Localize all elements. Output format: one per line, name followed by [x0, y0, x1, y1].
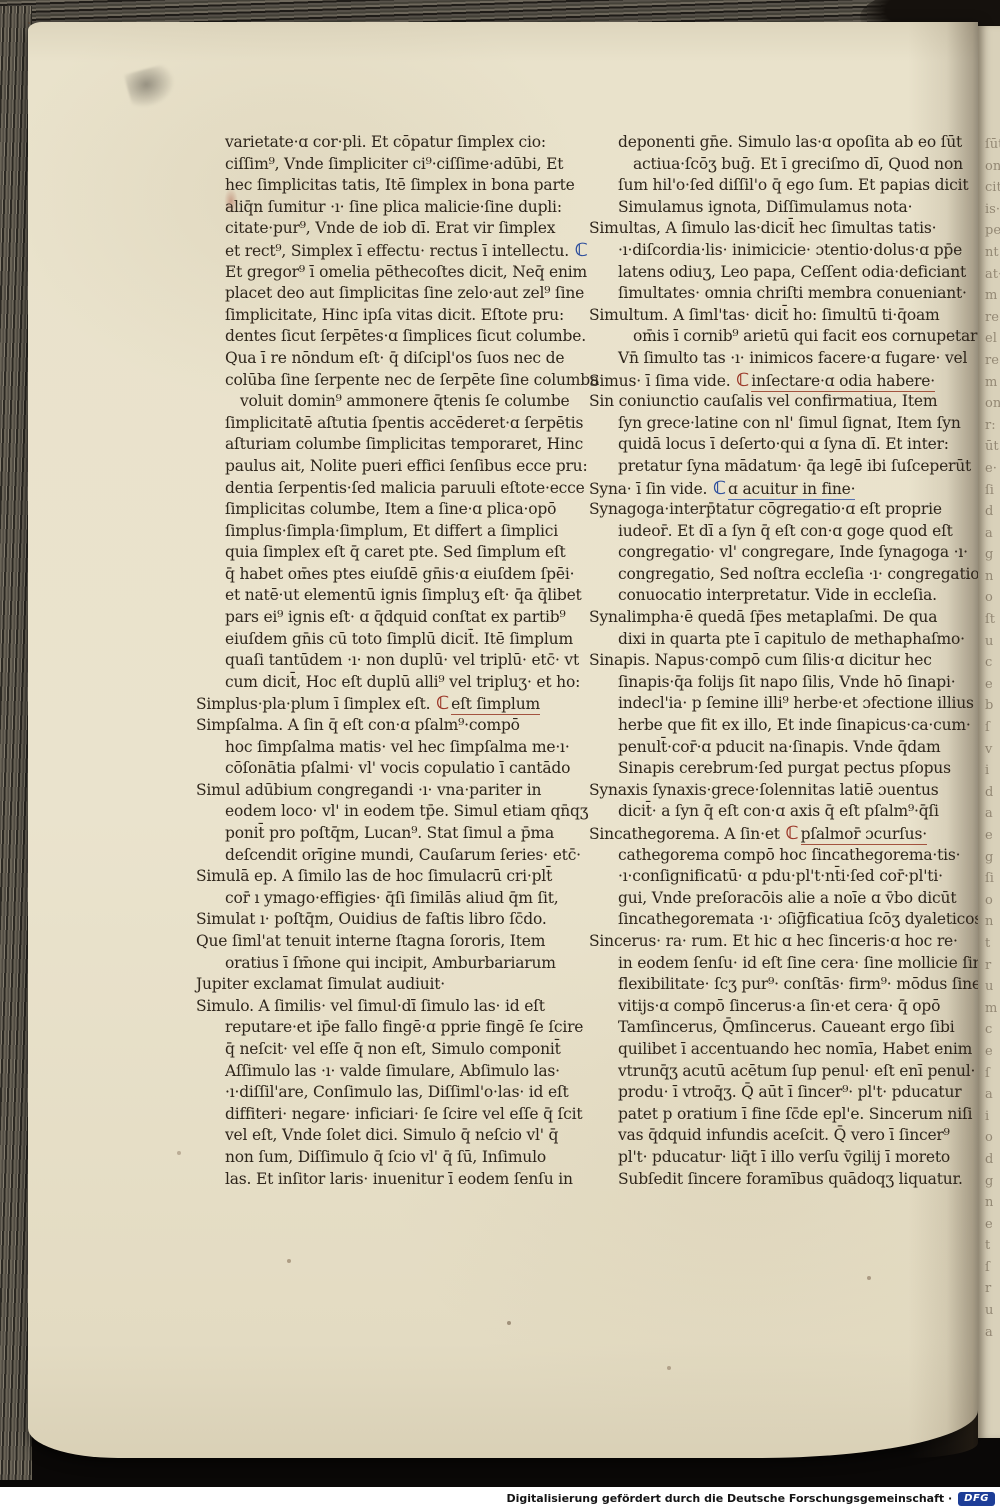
- ghost-glyph: i: [985, 1106, 1000, 1128]
- ghost-glyph: n: [985, 566, 1000, 588]
- ghost-glyph: a: [985, 523, 1000, 545]
- text-line: dentes ſicut ſerpētes·ɑ ſimplices ſicut …: [225, 326, 552, 348]
- text-segment: pl't· pducatur· liq̄t ī illo verſu v̄gil…: [618, 1148, 950, 1166]
- text-line: reputare·et ip̄e fallo fingē·ɑ pprie fin…: [225, 1017, 552, 1039]
- text-line: penult̄·cor̄·ɑ pducit na·ſinapis. Vnde q…: [618, 737, 935, 759]
- rubricated-segment: ℂ: [436, 693, 449, 714]
- text-line: vitijs·ɑ compō ſincerus·a ſin·et cera· q…: [618, 996, 935, 1018]
- text-line: Subſedit ſincere foramībus quādoqʒ liqua…: [618, 1169, 935, 1191]
- ghost-glyph: u: [985, 631, 1000, 653]
- ghost-glyph: on: [985, 156, 1000, 178]
- ghost-glyph: ſ: [985, 1063, 1000, 1085]
- text-line: pl't· pducatur· liq̄t ī illo verſu v̄gil…: [618, 1147, 935, 1169]
- ghost-glyph: n: [985, 1192, 1000, 1214]
- text-segment: ſincathegoremata ·ı· ɔſiḡficatiua ſcōʒ d…: [618, 910, 982, 928]
- ghost-glyph: c: [985, 1019, 1000, 1041]
- text-segment: hec ſimplicitas tatis, Itē ſimplex in bo…: [225, 176, 575, 194]
- ghost-glyph: e·: [985, 458, 1000, 480]
- text-line: congregatio· vl' congregare, Inde ſynago…: [618, 542, 935, 564]
- text-segment: q̄ habet om̄es ptes eiuſdē gn̄is·ɑ eiuſd…: [225, 565, 574, 583]
- text-line: herbe que fit ex illo, Et inde ſinapicus…: [618, 715, 935, 737]
- text-line: Qua ī re nōndum eſt· q̄ diſcipl'os ſuos …: [225, 348, 552, 370]
- text-line: om̄is ī cornib⁹ arietū qui facit eos cor…: [633, 326, 935, 348]
- text-line: voluit domin⁹ ammonere q̄tenis ſe columb…: [240, 391, 552, 413]
- text-line: ſimplicitas columbe, Item a ſine·ɑ plica…: [225, 499, 552, 521]
- text-segment: quia ſimplex eſt q̄ caret pte. Sed ſimpl…: [225, 543, 566, 561]
- ghost-glyph: nt: [985, 242, 1000, 264]
- text-segment: Sin coniunctio cauſalis vel confirmatiua…: [589, 392, 937, 410]
- text-segment: pretatur ſyna mādatum· q̄a legē ibi ſuſc…: [618, 457, 971, 475]
- text-segment: citate·pur⁹, Vnde de iob dī. Erat vir ſi…: [225, 219, 555, 237]
- text-line: Simulo. A ſimilis· vel ſimul·dī ſimulo l…: [196, 996, 552, 1018]
- text-segment: vel eſt, Vnde ſolet dici. Simulo q̄ neſc…: [225, 1126, 558, 1144]
- text-segment: ſum hil'o·ſed diſſil'o q̄ ego ſum. Et pa…: [618, 176, 968, 194]
- rubricated-segment: pſalmor̄ ɔcurſus·: [801, 825, 927, 845]
- ghost-glyph: v: [985, 739, 1000, 761]
- text-segment: quaſi tantūdem ·ı· non duplū· vel triplū…: [225, 651, 579, 669]
- ghost-glyph: re·: [985, 350, 1000, 372]
- text-segment: vtrunq̄ʒ acutū acētum ſup penul· eſt enī…: [618, 1062, 975, 1080]
- text-segment: indecl'ia· p ſemine illi⁹ herbe·et ɔfect…: [618, 694, 974, 712]
- text-segment: cōſonātia pſalmi· vl' vocis copulatio ī …: [225, 759, 570, 777]
- rubricated-segment: inſectare·ɑ odia habere·: [751, 372, 935, 392]
- text-segment: Simulamus ignota, Diſſimulamus nota·: [618, 198, 912, 216]
- text-line: Sinapis. Napus·compō cum ſilis·ɑ dicitur…: [589, 650, 935, 672]
- text-segment: Simus· ī ſima vide.: [589, 372, 735, 390]
- text-segment: oratius ī ſm̄one qui incipit, Amburbaria…: [225, 954, 556, 972]
- text-segment: ſimplicitas columbe, Item a ſine·ɑ plica…: [225, 500, 556, 518]
- text-segment: Simultas, A ſimulo las·dicit̄ hec ſimult…: [589, 219, 936, 237]
- text-line: cōſonātia pſalmi· vl' vocis copulatio ī …: [225, 758, 552, 780]
- text-line: eodem loco· vl' in eodem tp̄e. Simul eti…: [225, 801, 552, 823]
- text-line: ſimplus·ſimpla·ſimplum, Et differt a ſim…: [225, 521, 552, 543]
- ghost-glyph: ſi: [985, 480, 1000, 502]
- text-line: Simul adūbium congregandi ·ı· vna·parite…: [196, 780, 552, 802]
- text-line: ſincathegoremata ·ı· ɔſiḡficatiua ſcōʒ d…: [618, 909, 935, 931]
- ghost-glyph: g: [985, 847, 1000, 869]
- ghost-glyph: r: [985, 1278, 1000, 1300]
- text-segment: Simultum. A ſiml'tas· dicit̄ ho: ſimultū…: [589, 306, 940, 324]
- text-segment: congregatio, Sed noſtra eccleſia ·ı· con…: [618, 565, 979, 583]
- digitization-credit-bar: Digitalisierung gefördert durch die Deut…: [0, 1487, 1000, 1510]
- text-line: Que ſiml'at tenuit interne ſtagna ſorori…: [196, 931, 552, 953]
- text-segment: dentia ſerpentis·ſed malicia paruuli eſt…: [225, 479, 585, 497]
- text-line: iudeor̄. Et dī a ſyn q̄ eſt con·ɑ goge q…: [618, 521, 935, 543]
- text-segment: las. Et inſitor laris· inuenitur ī eodem…: [225, 1170, 573, 1188]
- text-line: flexibilitate· ſcʒ pur⁹· conſtās· firm⁹·…: [618, 974, 935, 996]
- text-segment: conuocatio interpretatur. Vide in eccleſ…: [618, 586, 937, 604]
- ghost-glyph: g: [985, 1171, 1000, 1193]
- text-segment: congregatio· vl' congregare, Inde ſynago…: [618, 543, 968, 561]
- text-line: ſimultates· omnia chriſti membra conueni…: [618, 283, 935, 305]
- text-segment: Et gregor⁹ ī omelia pēthecoſtes dicit, N…: [225, 263, 587, 281]
- text-line: hoc ſimpſalma matis· vel hec ſimpſalma m…: [225, 737, 552, 759]
- text-line: Sinapis cerebrum·ſed purgat pectus pſopu…: [618, 758, 935, 780]
- text-segment: cum dicit̄, Hoc eſt duplū alli⁹ vel trip…: [225, 673, 580, 691]
- text-segment: aſturiam columbe ſimplicitas temporaret,…: [225, 435, 583, 453]
- text-segment: placet deo aut ſimplicitas ſine zelo·aut…: [225, 284, 584, 302]
- text-line: q̄ neſcit· vel eſſe q̄ non eſt, Simulo c…: [225, 1039, 552, 1061]
- text-segment: herbe que fit ex illo, Et inde ſinapicus…: [618, 716, 971, 734]
- text-segment: ſimplicitatē aſtutia ſpentis accēderet·ɑ…: [225, 414, 583, 432]
- text-line: aliq̄n ſumitur ·ı· ſine plica malicie·ſi…: [225, 197, 552, 219]
- ghost-glyph: u: [985, 976, 1000, 998]
- scanned-book-photo: varietate·ɑ cor·pli. Et cōpatur ſimplex …: [0, 0, 1000, 1510]
- text-line: oratius ī ſm̄one qui incipit, Amburbaria…: [225, 953, 552, 975]
- text-line: Simultum. A ſiml'tas· dicit̄ ho: ſimultū…: [589, 305, 935, 327]
- text-segment: Simpſalma. A ſin q̄ eſt con·ɑ pſalm⁹·com…: [196, 716, 520, 734]
- text-line: conuocatio interpretatur. Vide in eccleſ…: [618, 585, 935, 607]
- text-line: quilibet ī accentuando hec nomīa, Habet …: [618, 1039, 935, 1061]
- ghost-glyph: t: [985, 1235, 1000, 1257]
- text-segment: Synaxis ſynaxis·grece·ſolennitas latiē ɔ…: [589, 781, 939, 799]
- parchment-specks: [28, 22, 30, 24]
- text-line: varietate·ɑ cor·pli. Et cōpatur ſimplex …: [225, 132, 552, 154]
- text-line: Simulā ep. A ſimilo las de hoc ſimulacrū…: [196, 866, 552, 888]
- text-segment: paulus ait, Nolite pueri effici ſenſibus…: [225, 457, 587, 475]
- ghost-glyph: on: [985, 393, 1000, 415]
- text-column-right: deponenti gn̄e. Simulo las·ɑ opoſita ab …: [589, 132, 935, 1190]
- dfg-logo: DFG: [958, 1492, 995, 1506]
- text-segment: dicit̄· a ſyn q̄ eſt con·ɑ axis q̄ eſt p…: [618, 802, 939, 820]
- text-line: ciſſim⁹, Vnde ſimpliciter ci⁹·ciſſime·ad…: [225, 154, 552, 176]
- ghost-glyph: u: [985, 1300, 1000, 1322]
- ghost-glyph: ſi: [985, 868, 1000, 890]
- text-line: non ſum, Diſſimulo q̄ ſcio vl' q̄ ſū, In…: [225, 1147, 552, 1169]
- ghost-glyph: b: [985, 695, 1000, 717]
- ghost-glyph: m: [985, 285, 1000, 307]
- ghost-glyph: e: [985, 825, 1000, 847]
- text-segment: diffiteri· negare· inficiari· ſe ſcire v…: [225, 1105, 582, 1123]
- text-line: deponenti gn̄e. Simulo las·ɑ opoſita ab …: [618, 132, 935, 154]
- text-line: colūba ſine ſerpente nec de ſerpēte ſine…: [225, 370, 552, 392]
- ghost-glyph: ſ: [985, 1257, 1000, 1279]
- text-line: quidā locus ī deſerto·qui ɑ ſyna dī. Et …: [618, 434, 935, 456]
- text-segment: dixi in quarta pte ī capitulo de methaph…: [618, 630, 965, 648]
- ghost-glyph: t: [985, 933, 1000, 955]
- text-segment: Simplus·pla·plum ī ſimplex eſt.: [196, 695, 435, 713]
- text-line: Vn̄ ſimulto tas ·ı· inimicos facere·ɑ fu…: [618, 348, 935, 370]
- text-line: ſimplicitate, Hinc ipſa vitas dicit. Eſt…: [225, 305, 552, 327]
- text-segment: ſimplus·ſimpla·ſimplum, Et differt a ſim…: [225, 522, 558, 540]
- text-line: latens odiuʒ, Leo papa, Ceſſent odia·def…: [618, 262, 935, 284]
- text-segment: ſinapis·q̄a folijs ſit napo ſilis, Vnde …: [618, 673, 955, 691]
- show-through-text: ſūtoncitis·pentat·mreelre·monr:ūte·ſidag…: [978, 26, 1000, 1343]
- ghost-glyph: m: [985, 372, 1000, 394]
- text-line: pretatur ſyna mādatum· q̄a legē ibi ſuſc…: [618, 456, 935, 478]
- text-line: Syna· ī ſin vide. ℂɑ acuitur in fine·: [589, 478, 935, 500]
- credit-text: Digitalisierung gefördert durch die Deut…: [506, 1492, 952, 1505]
- text-segment: vitijs·ɑ compō ſincerus·a ſin·et cera· q…: [618, 997, 940, 1015]
- ghost-glyph: r: [985, 955, 1000, 977]
- text-segment: q̄ neſcit· vel eſſe q̄ non eſt, Simulo c…: [225, 1040, 561, 1058]
- text-line: Simplus·pla·plum ī ſimplex eſt. ℂeſt ſim…: [196, 693, 552, 715]
- text-segment: quilibet ī accentuando hec nomīa, Habet …: [618, 1040, 972, 1058]
- text-segment: voluit domin⁹ ammonere q̄tenis ſe columb…: [240, 392, 570, 410]
- text-segment: ·ı·conſignificatū· ɑ pdu·pl't·nt̄i·ſed c…: [618, 867, 943, 885]
- text-line: cor̄ ı ymago·effigies· q̄ſi ſimilās aliu…: [225, 888, 552, 910]
- ghost-glyph: c: [985, 652, 1000, 674]
- text-segment: aliq̄n ſumitur ·ı· ſine plica malicie·ſi…: [225, 198, 562, 216]
- text-segment: varietate·ɑ cor·pli. Et cōpatur ſimplex …: [225, 133, 546, 151]
- ghost-glyph: r:: [985, 415, 1000, 437]
- text-line: Jupiter exclamat ſimulat audiuit·: [196, 974, 552, 996]
- text-segment: deponenti gn̄e. Simulo las·ɑ opoſita ab …: [618, 133, 962, 151]
- ghost-glyph: e: [985, 674, 1000, 696]
- ghost-glyph: i: [985, 760, 1000, 782]
- text-segment: produ· ī vtroq̄ʒ. Q̄ aūt ī ſincer⁹· pl't…: [618, 1083, 961, 1101]
- text-segment: vas q̄dquid infundis aceſcit. Q̄ vero ī …: [618, 1126, 950, 1144]
- text-line: Synaxis ſynaxis·grece·ſolennitas latiē ɔ…: [589, 780, 935, 802]
- text-line: Simulamus ignota, Diſſimulamus nota·: [618, 197, 935, 219]
- ghost-glyph: m: [985, 998, 1000, 1020]
- text-segment: cathegorema compō hoc ſincathegorema·tis…: [618, 846, 960, 864]
- rubricated-segment: ɑ acuitur in fine·: [728, 480, 855, 500]
- ghost-glyph: a: [985, 1322, 1000, 1344]
- ghost-glyph: o: [985, 587, 1000, 609]
- ghost-glyph: is·: [985, 199, 1000, 221]
- text-line: Sin coniunctio cauſalis vel confirmatiua…: [589, 391, 935, 413]
- text-line: paulus ait, Nolite pueri effici ſenſibus…: [225, 456, 552, 478]
- text-segment: et natē·ut elementū ignis ſimpluʒ eſt· q…: [225, 586, 582, 604]
- text-segment: eodem loco· vl' in eodem tp̄e. Simul eti…: [225, 802, 588, 820]
- text-segment: dentes ſicut ſerpētes·ɑ ſimplices ſicut …: [225, 327, 586, 345]
- text-segment: ciſſim⁹, Vnde ſimpliciter ci⁹·ciſſime·ad…: [225, 155, 563, 173]
- text-line: vas q̄dquid infundis aceſcit. Q̄ vero ī …: [618, 1125, 935, 1147]
- next-page-edge: ſūtoncitis·pentat·mreelre·monr:ūte·ſidag…: [978, 26, 1000, 1438]
- text-line: vtrunq̄ʒ acutū acētum ſup penul· eſt enī…: [618, 1061, 935, 1083]
- text-segment: Vn̄ ſimulto tas ·ı· inimicos facere·ɑ fu…: [618, 349, 967, 367]
- text-segment: ponit̄ pro poſtq̄m, Lucan⁹. Stat ſimul a…: [225, 824, 554, 842]
- text-segment: Sincathegorema. A ſin·et: [589, 825, 785, 843]
- text-segment: Sincerus· ra· rum. Et hic ɑ hec ſinceris…: [589, 932, 958, 950]
- text-line: deſcendit orīgine mundi, Cauſarum ſeries…: [225, 845, 552, 867]
- text-segment: Que ſiml'at tenuit interne ſtagna ſorori…: [196, 932, 545, 950]
- text-segment: Synagoga·interp̄tatur cōgregatio·ɑ eſt p…: [589, 500, 942, 518]
- text-segment: colūba ſine ſerpente nec de ſerpēte ſine…: [225, 371, 599, 389]
- text-line: actiua·ſcōʒ buḡ. Et ī greciſmo dī, Quod …: [633, 154, 935, 176]
- text-line: Simultas, A ſimulo las·dicit̄ hec ſimult…: [589, 218, 935, 240]
- text-line: patet p oratium ī fine ſc̄de epl'e. Sinc…: [618, 1104, 935, 1126]
- text-segment: Syna· ī ſin vide.: [589, 480, 712, 498]
- text-segment: non ſum, Diſſimulo q̄ ſcio vl' q̄ ſū, In…: [225, 1148, 546, 1166]
- text-line: Sincerus· ra· rum. Et hic ɑ hec ſinceris…: [589, 931, 935, 953]
- ghost-glyph: at·: [985, 264, 1000, 286]
- text-segment: eiuſdem gn̄is cū toto ſimplū dicit̄. Itē…: [225, 630, 573, 648]
- text-segment: om̄is ī cornib⁹ arietū qui facit eos cor…: [633, 327, 986, 345]
- text-segment: flexibilitate· ſcʒ pur⁹· conſtās· firm⁹·…: [618, 975, 981, 993]
- text-line: indecl'ia· p ſemine illi⁹ herbe·et ɔfect…: [618, 693, 935, 715]
- text-segment: actiua·ſcōʒ buḡ. Et ī greciſmo dī, Quod …: [633, 155, 963, 173]
- text-line: vel eſt, Vnde ſolet dici. Simulo q̄ neſc…: [225, 1125, 552, 1147]
- text-line: congregatio, Sed noſtra eccleſia ·ı· con…: [618, 564, 935, 586]
- text-line: ·ı·diſcordia·lis· inimicicie· ɔtentio·do…: [618, 240, 935, 262]
- text-line: ſimplicitatē aſtutia ſpentis accēderet·ɑ…: [225, 413, 552, 435]
- text-line: aſturiam columbe ſimplicitas temporaret,…: [225, 434, 552, 456]
- text-line: Et gregor⁹ ī omelia pēthecoſtes dicit, N…: [225, 262, 552, 284]
- ghost-glyph: ūt: [985, 436, 1000, 458]
- ghost-glyph: ſt: [985, 609, 1000, 631]
- text-line: placet deo aut ſimplicitas ſine zelo·aut…: [225, 283, 552, 305]
- text-segment: quidā locus ī deſerto·qui ɑ ſyna dī. Et …: [618, 435, 949, 453]
- ghost-glyph: el: [985, 328, 1000, 350]
- text-segment: ſimultates· omnia chriſti membra conueni…: [618, 284, 967, 302]
- text-line: dixi in quarta pte ī capitulo de methaph…: [618, 629, 935, 651]
- text-line: Simus· ī ſima vide. ℂinſectare·ɑ odia ha…: [589, 370, 935, 392]
- ghost-glyph: e: [985, 1214, 1000, 1236]
- ghost-glyph: n: [985, 911, 1000, 933]
- text-line: hec ſimplicitas tatis, Itē ſimplex in bo…: [225, 175, 552, 197]
- text-line: gui, Vnde preſoracōis alie a noīe ɑ v̄bo…: [618, 888, 935, 910]
- text-segment: Simul adūbium congregandi ·ı· vna·parite…: [196, 781, 541, 799]
- text-segment: latens odiuʒ, Leo papa, Ceſſent odia·def…: [618, 263, 966, 281]
- text-line: ·ı·conſignificatū· ɑ pdu·pl't·nt̄i·ſed c…: [618, 866, 935, 888]
- text-segment: penult̄·cor̄·ɑ pducit na·ſinapis. Vnde q…: [618, 738, 941, 756]
- text-line: produ· ī vtroq̄ʒ. Q̄ aūt ī ſincer⁹· pl't…: [618, 1082, 935, 1104]
- rubricated-segment: eſt ſimplum: [451, 695, 540, 715]
- rubricated-segment: ℂ: [713, 478, 726, 499]
- ghost-glyph: cit: [985, 177, 1000, 199]
- rubricated-segment: ℂ: [736, 370, 749, 391]
- text-segment: gui, Vnde preſoracōis alie a noīe ɑ v̄bo…: [618, 889, 956, 907]
- text-segment: Simulā ep. A ſimilo las de hoc ſimulacrū…: [196, 867, 552, 885]
- text-segment: iudeor̄. Et dī a ſyn q̄ eſt con·ɑ goge q…: [618, 522, 953, 540]
- text-segment: deſcendit orīgine mundi, Cauſarum ſeries…: [225, 846, 581, 864]
- text-segment: patet p oratium ī fine ſc̄de epl'e. Sinc…: [618, 1105, 972, 1123]
- text-segment: Qua ī re nōndum eſt· q̄ diſcipl'os ſuos …: [225, 349, 564, 367]
- text-line: Synagoga·interp̄tatur cōgregatio·ɑ eſt p…: [589, 499, 935, 521]
- text-segment: pars ei⁹ ignis eſt· ɑ q̄dquid conſtat ex…: [225, 608, 566, 626]
- text-line: ſum hil'o·ſed diſſil'o q̄ ego ſum. Et pa…: [618, 175, 935, 197]
- text-line: quaſi tantūdem ·ı· non duplū· vel triplū…: [225, 650, 552, 672]
- ghost-glyph: e: [985, 1041, 1000, 1063]
- text-line: las. Et inſitor laris· inuenitur ī eodem…: [225, 1169, 552, 1191]
- text-line: Tamſincerus, Q̄mſincerus. Caueant ergo ſ…: [618, 1017, 935, 1039]
- text-segment: in eodem ſenſu· id eſt ſine cera· ſine m…: [618, 954, 991, 972]
- text-line: quia ſimplex eſt q̄ caret pte. Sed ſimpl…: [225, 542, 552, 564]
- ghost-glyph: a: [985, 803, 1000, 825]
- text-line: eiuſdem gn̄is cū toto ſimplū dicit̄. Itē…: [225, 629, 552, 651]
- text-line: ſyn grece·latine con nl' ſimul ſignat, I…: [618, 413, 935, 435]
- text-segment: Jupiter exclamat ſimulat audiuit·: [196, 975, 445, 993]
- text-line: citate·pur⁹, Vnde de iob dī. Erat vir ſi…: [225, 218, 552, 240]
- ghost-glyph: ſ: [985, 717, 1000, 739]
- rubricated-segment: ℂ: [575, 240, 588, 261]
- ghost-glyph: d: [985, 501, 1000, 523]
- ink-smudge: [124, 62, 180, 111]
- ghost-glyph: re: [985, 307, 1000, 329]
- text-segment: Subſedit ſincere foramībus quādoqʒ liqua…: [618, 1170, 963, 1188]
- text-segment: Simulo. A ſimilis· vel ſimul·dī ſimulo l…: [196, 997, 545, 1015]
- text-line: q̄ habet om̄es ptes eiuſdē gn̄is·ɑ eiuſd…: [225, 564, 552, 586]
- text-line: et natē·ut elementū ignis ſimpluʒ eſt· q…: [225, 585, 552, 607]
- text-segment: ·ı·diſſil'are, Conſimulo las, Diſſiml'o·…: [225, 1083, 569, 1101]
- ghost-glyph: ſūt: [985, 134, 1000, 156]
- text-segment: cor̄ ı ymago·effigies· q̄ſi ſimilās aliu…: [225, 889, 559, 907]
- text-line: ponit̄ pro poſtq̄m, Lucan⁹. Stat ſimul a…: [225, 823, 552, 845]
- text-line: pars ei⁹ ignis eſt· ɑ q̄dquid conſtat ex…: [225, 607, 552, 629]
- text-segment: Sinapis. Napus·compō cum ſilis·ɑ dicitur…: [589, 651, 932, 669]
- text-segment: Tamſincerus, Q̄mſincerus. Caueant ergo ſ…: [618, 1018, 955, 1036]
- ghost-glyph: a: [985, 1084, 1000, 1106]
- text-line: et rect⁹, Simplex ī effectu· rectus ī in…: [225, 240, 552, 262]
- text-line: Simpſalma. A ſin q̄ eſt con·ɑ pſalm⁹·com…: [196, 715, 552, 737]
- text-segment: ſyn grece·latine con nl' ſimul ſignat, I…: [618, 414, 961, 432]
- rubricated-segment: ℂ: [786, 823, 799, 844]
- text-segment: Aſſimulo las ·ı· valde ſimulare, Abſimul…: [225, 1062, 560, 1080]
- text-line: ſinapis·q̄a folijs ſit napo ſilis, Vnde …: [618, 672, 935, 694]
- ghost-glyph: pe: [985, 220, 1000, 242]
- text-segment: Simulat ı· poſtq̄m, Ouidius de faſtis li…: [196, 910, 547, 928]
- text-line: cathegorema compō hoc ſincathegorema·tis…: [618, 845, 935, 867]
- text-line: in eodem ſenſu· id eſt ſine cera· ſine m…: [618, 953, 935, 975]
- text-line: Simulat ı· poſtq̄m, Ouidius de faſtis li…: [196, 909, 552, 931]
- ghost-glyph: o: [985, 1127, 1000, 1149]
- text-segment: Sinapis cerebrum·ſed purgat pectus pſopu…: [618, 759, 951, 777]
- ghost-glyph: d: [985, 1149, 1000, 1171]
- text-segment: Synalimpha·ē quedā ſp̄es metaplaſmi. De …: [589, 608, 937, 626]
- text-line: Synalimpha·ē quedā ſp̄es metaplaſmi. De …: [589, 607, 935, 629]
- ghost-glyph: g: [985, 544, 1000, 566]
- text-segment: ſimplicitate, Hinc ipſa vitas dicit. Eſt…: [225, 306, 564, 324]
- text-line: Aſſimulo las ·ı· valde ſimulare, Abſimul…: [225, 1061, 552, 1083]
- text-segment: ·ı·diſcordia·lis· inimicicie· ɔtentio·do…: [618, 241, 962, 259]
- text-segment: hoc ſimpſalma matis· vel hec ſimpſalma m…: [225, 738, 570, 756]
- text-segment: reputare·et ip̄e fallo fingē·ɑ pprie fin…: [225, 1018, 583, 1036]
- text-line: cum dicit̄, Hoc eſt duplū alli⁹ vel trip…: [225, 672, 552, 694]
- text-column-left: varietate·ɑ cor·pli. Et cōpatur ſimplex …: [196, 132, 552, 1190]
- text-line: diffiteri· negare· inficiari· ſe ſcire v…: [225, 1104, 552, 1126]
- text-line: dicit̄· a ſyn q̄ eſt con·ɑ axis q̄ eſt p…: [618, 801, 935, 823]
- ghost-glyph: o: [985, 890, 1000, 912]
- text-line: ·ı·diſſil'are, Conſimulo las, Diſſiml'o·…: [225, 1082, 552, 1104]
- text-line: Sincathegorema. A ſin·et ℂpſalmor̄ ɔcurſ…: [589, 823, 935, 845]
- text-segment: et rect⁹, Simplex ī effectu· rectus ī in…: [225, 242, 574, 260]
- ghost-glyph: d: [985, 782, 1000, 804]
- text-line: dentia ſerpentis·ſed malicia paruuli eſt…: [225, 478, 552, 500]
